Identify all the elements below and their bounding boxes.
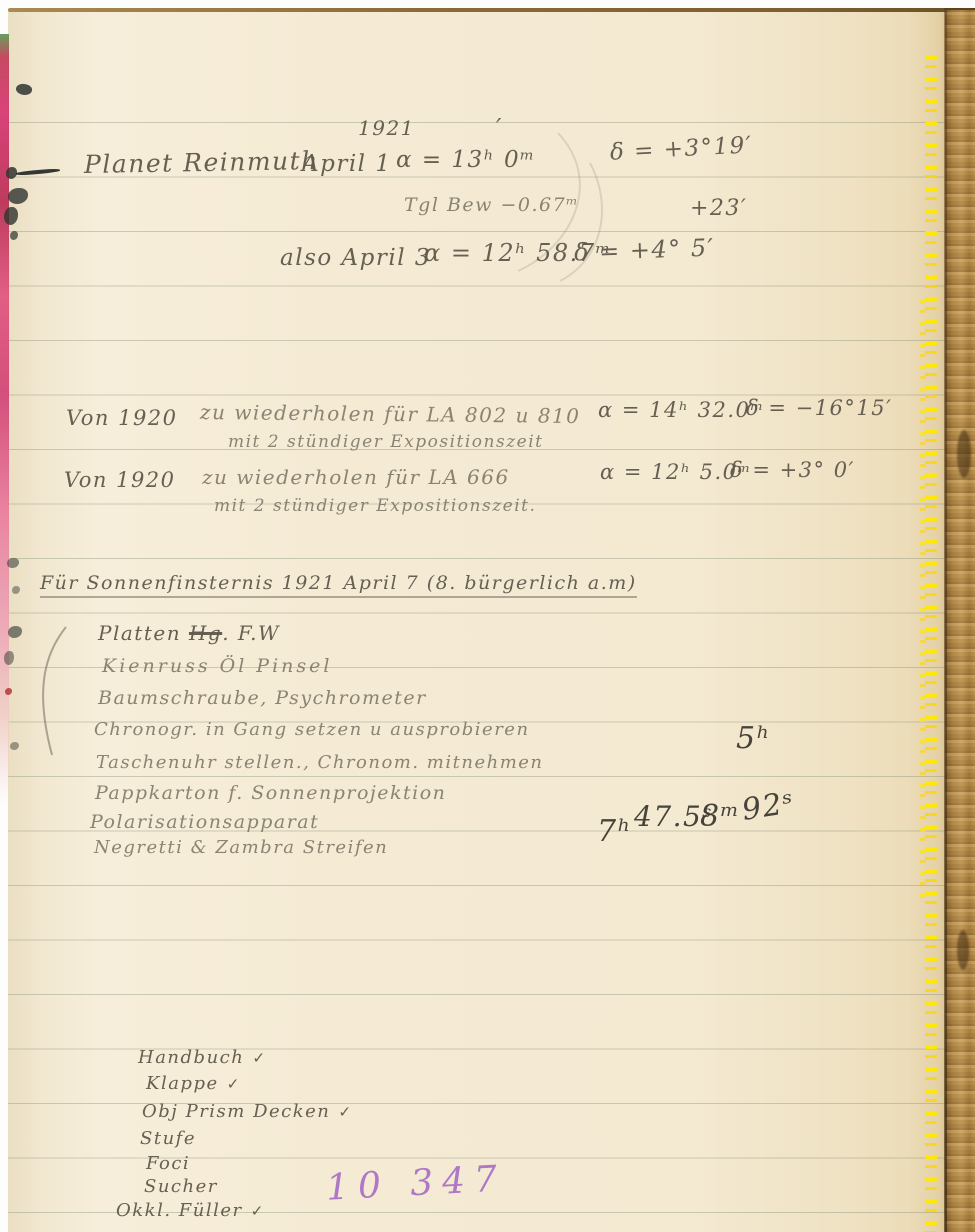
repeat1-ra: α = 14ʰ 32.0ᵐ [598,399,765,422]
derived-date: also April 3 [280,246,431,271]
checklist-item: Taschenuhr stellen., Chronom. mitnehmen [96,753,544,773]
packing-item: Obj Prism Decken✓ [142,1102,353,1122]
packing-item: Handbuch✓ [138,1048,267,1068]
entry-year: 1921 [358,117,415,139]
repeat2-task: zu wiederholen für LA 666 [202,466,510,488]
packing-item-label: Foci [146,1153,190,1174]
binding-crease [944,8,947,1232]
packing-item: Stufe [140,1129,204,1149]
repeat1-dec: δ = −16°15′ [746,397,892,420]
book-binding [945,8,975,1232]
binding-knot [957,930,969,970]
packing-item-check: ✓ [338,1103,352,1121]
repeat1-sub: mit 2 stündiger Expositionszeit [228,433,544,452]
checklist-item: Pappkarton f. Sonnenprojektion [95,783,446,804]
platten-struck-text: Hg [189,621,222,645]
packing-item-check: ✓ [227,1075,241,1093]
scanned-notebook-page: 1921 Planet Reinmuth April 1 α = 13ʰ 0ᵐ … [0,0,975,1232]
checklist-item-platten: Platten Hg. F.W [98,622,280,644]
time-figure-3: 8ᵐ [700,800,741,833]
notebook-page: 1921 Planet Reinmuth April 1 α = 13ʰ 0ᵐ … [8,11,946,1232]
time-figure-1: 7ʰ [597,815,632,848]
pencil-smudge [498,121,628,291]
platten-suffix: . F.W [222,621,280,645]
checklist-item: Baumschraube, Psychrometer [98,688,427,709]
packing-item-label: Klappe [146,1073,219,1094]
pencil-bracket-curve [30,623,74,759]
repeat2-label: Von 1920 [64,469,176,492]
binding-knot [957,430,971,478]
repeat1-label: Von 1920 [66,407,178,430]
packing-item: Sucher [144,1177,226,1197]
packing-item-label: Sucher [144,1176,218,1197]
packing-item-label: Handbuch [138,1047,244,1068]
checklist-item: Negretti & Zambra Streifen [94,838,388,858]
entry-date: April 1 [302,152,391,177]
repeat1-task: zu wiederholen für LA 802 u 810 [200,401,581,427]
packing-item-label: Obj Prism Decken [142,1101,330,1122]
entry-planet-title: Planet Reinmuth [84,147,319,179]
checklist-item: Chronogr. in Gang setzen u ausprobieren [94,720,530,740]
packing-item: Klappe✓ [146,1074,241,1094]
packing-item: Foci [146,1154,198,1174]
packing-item: Okkl. Füller✓ [116,1201,265,1221]
checklist-item: Kienruss Öl Pinsel [102,656,332,677]
repeat2-dec: δ = +3° 0′ [730,459,855,482]
yellow-speckle-strip [920,300,926,900]
daily-motion-dec: +23′ [690,197,747,221]
yellow-speckle-strip [925,55,937,1232]
repeat2-sub: mit 2 stündiger Expositionszeit. [214,497,536,516]
packing-item-check: ✓ [252,1049,266,1067]
packing-item-label: Okkl. Füller [116,1200,243,1221]
time-figure-4: 92ˢ [740,786,797,827]
platten-prefix: Platten [98,621,189,645]
packing-item-check: ✓ [251,1202,265,1220]
eclipse-heading: Für Sonnenfinsternis 1921 April 7 (8. bü… [40,573,637,598]
time-hour: 5ʰ [736,722,771,755]
packing-item-label: Stufe [140,1128,196,1149]
checklist-item: Polarisationsapparat [90,812,319,833]
